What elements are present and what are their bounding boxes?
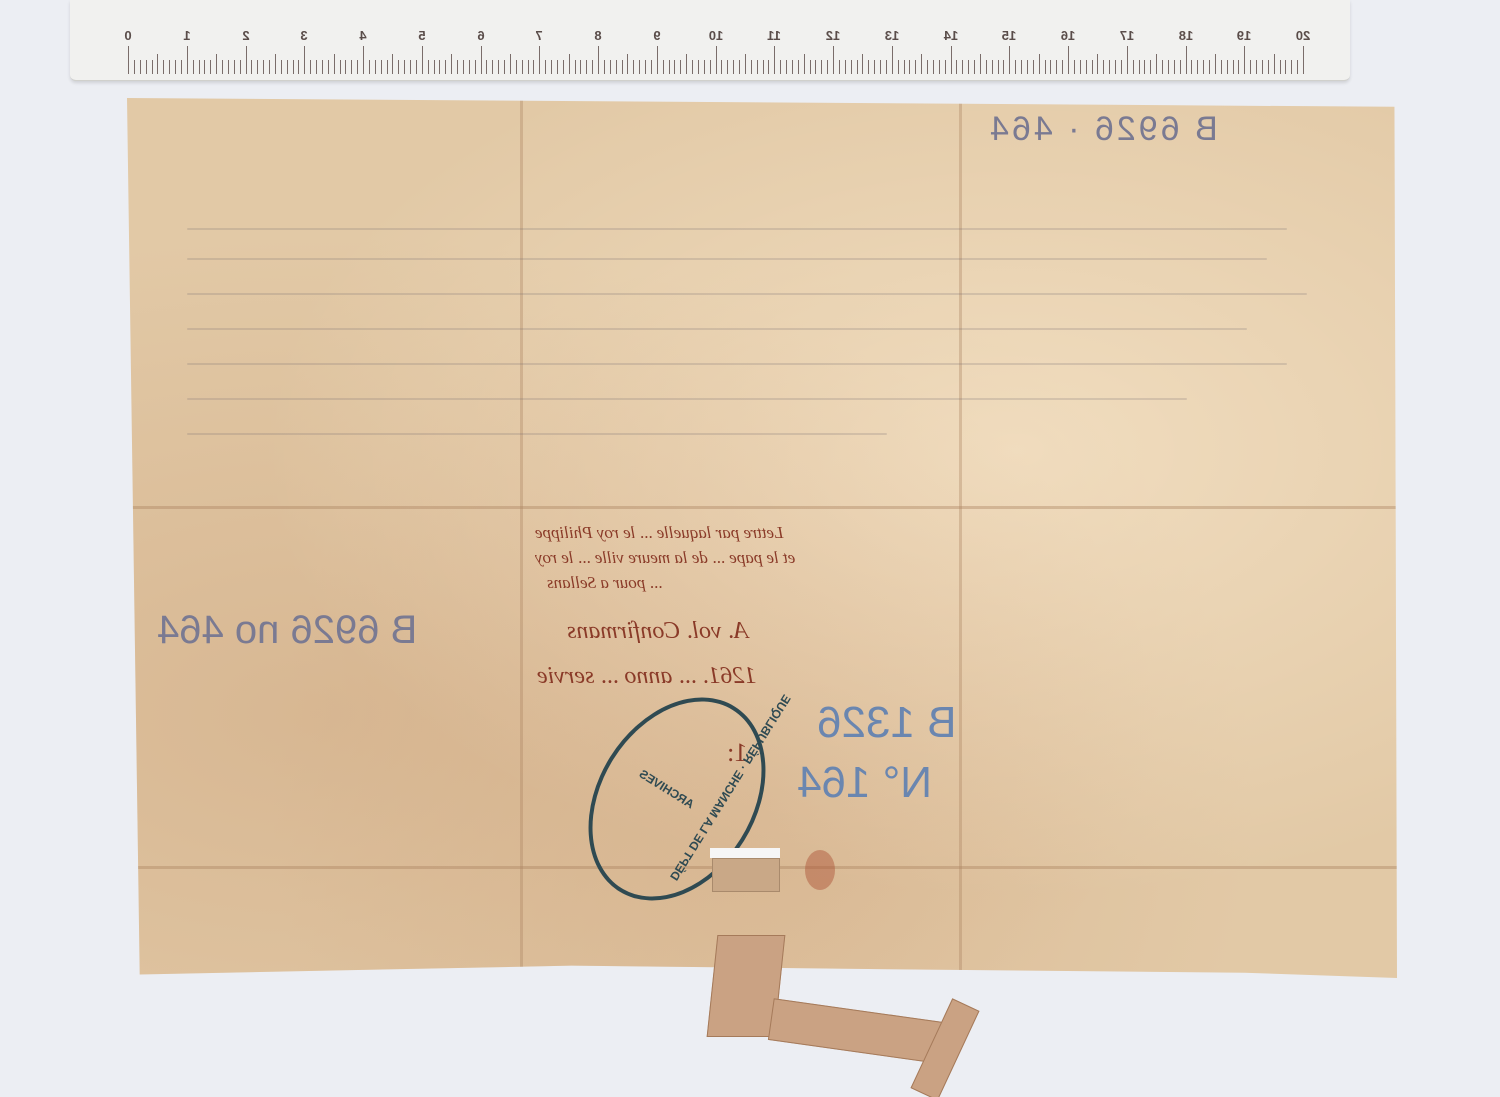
ruler-tick [1227,60,1228,74]
ruler-tick [1097,54,1098,74]
ruler-tick [1238,60,1239,74]
ruler-tick [674,60,675,74]
ruler-tick [322,60,323,74]
ruler-tick [939,60,940,74]
ruler-tick [886,60,887,74]
ruler-tick [586,60,587,74]
ruler-tick [1250,60,1251,74]
ruler-tick [1009,46,1010,74]
ruler-tick [222,60,223,74]
ruler-tick [898,60,899,74]
seal-tag [712,858,780,892]
ruler-tick [739,60,740,74]
ruler-tick [810,60,811,74]
ruler-number: 15 [1002,28,1016,43]
ruler-number: 0 [124,28,131,43]
show-through-text [187,363,1287,365]
ruler-tick [1268,60,1269,74]
ruler-tick [1215,54,1216,74]
ruler-tick [698,60,699,74]
ruler-tick [1033,60,1034,74]
ruler-tick [216,54,217,74]
ruler-tick [1115,60,1116,74]
ruler-tick [463,60,464,74]
ruler-tick [422,46,423,74]
ruler-tick [387,60,388,74]
ruler-tick [204,60,205,74]
ruler-number: 8 [594,28,601,43]
fold-line [127,506,1397,509]
ruler-tick [334,54,335,74]
ruler-tick [404,60,405,74]
ruler-tick [146,60,147,74]
ruler-number: 2 [242,28,249,43]
ruler-tick [904,60,905,74]
ruler-tick [933,60,934,74]
ruler-tick [1297,60,1298,74]
ruler-tick [1203,60,1204,74]
ruler-tick [1156,54,1157,74]
ruler-tick [310,60,311,74]
ruler-number: 10 [708,28,722,43]
fold-line [520,98,523,978]
ruler-tick [798,60,799,74]
ruler-tick [1221,60,1222,74]
ruler-tick [1021,60,1022,74]
ruler-tick [381,60,382,74]
note-line: et le pape ... de la meure ville ... le … [535,548,795,568]
ruler-tick [1056,60,1057,74]
ruler-tick [486,60,487,74]
note-line: ... pour a Sellans [547,573,662,593]
blue-pencil-mark: N° 164 [797,758,932,808]
ruler-tick [1168,60,1169,74]
ruler-tick [792,60,793,74]
ruler-tick [1003,60,1004,74]
ruler-number: 9 [653,28,660,43]
ruler-tick [639,60,640,74]
ruler-tick [745,54,746,74]
ruler-tick [680,60,681,74]
ruler-tick [768,60,769,74]
ruler-tick [1285,60,1286,74]
ruler-tick [651,60,652,74]
ruler-tick [1121,60,1122,74]
ruler-tick [692,60,693,74]
ruler-tick [410,60,411,74]
left-panel-pencil-mark: B 6926 no 464 [157,608,417,653]
ruler-number: 19 [1237,28,1251,43]
ruler-number: 20 [1296,28,1310,43]
ruler-tick [451,54,452,74]
ruler-tick [751,60,752,74]
ruler-tick [627,54,628,74]
ruler-tick [481,46,482,74]
ruler-tick [1186,46,1187,74]
ruler-tick [357,60,358,74]
ruler-tick [1039,54,1040,74]
ruler-tick [616,60,617,74]
ruler-tick [1233,60,1234,74]
ruler-tick [510,54,511,74]
seal-slot [710,848,780,858]
ruler-tick [257,60,258,74]
ruler-tick [287,60,288,74]
ruler-tick [1162,60,1163,74]
ruler-tick [915,60,916,74]
centimeter-ruler: 01234567891011121314151617181920 [70,0,1350,81]
ruler-tick [416,60,417,74]
ruler-tick [1197,60,1198,74]
ruler-tick [140,60,141,74]
ruler-tick [974,60,975,74]
ruler-tick [927,60,928,74]
ruler-tick [445,60,446,74]
ruler-number: 3 [301,28,308,43]
ruler-tick [827,60,828,74]
ruler-tick [363,46,364,74]
ruler-tick [269,60,270,74]
ruler-tick [569,54,570,74]
ruler-tick [128,46,129,74]
ruler-tick [193,60,194,74]
ruler-tick [1015,60,1016,74]
ruler-tick [657,46,658,74]
ruler-tick [980,54,981,74]
ruler-tick [909,60,910,74]
ruler-tick [874,60,875,74]
ruler-tick [163,60,164,74]
show-through-text [187,228,1287,230]
ruler-tick [1045,60,1046,74]
ruler-tick [998,60,999,74]
ruler-tick [439,60,440,74]
ruler-tick [592,60,593,74]
note-line: 1261. ... anno ... servie [537,663,756,690]
ruler-tick [1027,60,1028,74]
ruler-tick [663,60,664,74]
ruler-tick [187,46,188,74]
ruler-tick [857,60,858,74]
ruler-tick [804,54,805,74]
ruler-tick [157,54,158,74]
ruler-tick [1139,60,1140,74]
show-through-text [187,293,1307,295]
blue-pencil-mark: B 1326 [817,698,956,748]
ruler-tick [304,46,305,74]
ruler-tick [263,60,264,74]
ruler-tick [1050,60,1051,74]
ruler-tick [516,60,517,74]
ruler-tick [298,60,299,74]
ruler-tick [780,60,781,74]
ruler-number: 5 [418,28,425,43]
ruler-tick [669,60,670,74]
ruler-tick [175,60,176,74]
ruler-tick [868,60,869,74]
ruler-tick [786,60,787,74]
ruler-tick [951,46,952,74]
ruler-tick [134,60,135,74]
ruler-tick [716,46,717,74]
ruler-tick [328,60,329,74]
ruler-tick [152,60,153,74]
ruler-tick [434,60,435,74]
ruler-tick [533,60,534,74]
ruler-tick [833,46,834,74]
ruler-tick [598,46,599,74]
ruler-tick [1262,60,1263,74]
ruler-tick [1068,46,1069,74]
ruler-tick [633,60,634,74]
ruler-tick [1280,60,1281,74]
ruler-tick [1080,60,1081,74]
ruler-tick [251,60,252,74]
ruler-tick [1092,60,1093,74]
ruler-tick [815,60,816,74]
ruler-tick [169,60,170,74]
ruler-tick [1209,60,1210,74]
ruler-tick [398,60,399,74]
ruler-tick [610,60,611,74]
ruler-tick [721,60,722,74]
note-line: Lettre par laquelle ... le roy Philippe [535,523,784,543]
ruler-tick [210,60,211,74]
ruler-number: 16 [1061,28,1075,43]
wax-stain [805,850,835,890]
ruler-tick [199,60,200,74]
ruler-tick [469,60,470,74]
ruler-tick [316,60,317,74]
ruler-tick [733,60,734,74]
ruler-tick [1291,60,1292,74]
ruler-tick [1180,60,1181,74]
ruler-tick [375,60,376,74]
ruler-tick [234,60,235,74]
ruler-tick [498,60,499,74]
ruler-number: 13 [885,28,899,43]
ruler-tick [845,60,846,74]
ruler-tick [492,60,493,74]
ruler-tick [580,60,581,74]
ruler-tick [1256,60,1257,74]
fold-line [959,98,962,978]
ruler-tick [763,60,764,74]
ruler-tick [862,54,863,74]
ruler-tick [392,54,393,74]
ruler-tick [686,54,687,74]
ruler-tick [604,60,605,74]
ruler-number: 14 [943,28,957,43]
ruler-tick [727,60,728,74]
ruler-number: 7 [536,28,543,43]
ruler-tick [710,60,711,74]
ruler-tick [839,60,840,74]
ruler-tick [563,60,564,74]
seal-strap [768,998,944,1064]
ruler-tick [504,60,505,74]
ruler-tick [539,46,540,74]
ruler-tick [880,60,881,74]
ruler-tick [956,60,957,74]
ruler-number: 1 [183,28,190,43]
ruler-number: 6 [477,28,484,43]
ruler-tick [1191,60,1192,74]
ruler-tick [1133,60,1134,74]
ruler-tick [240,60,241,74]
note-line: A. vol. Confirmans [567,618,748,645]
ruler-tick [545,60,546,74]
ruler-tick [1303,46,1304,74]
stamp-inner-text: ARCHIVES [637,767,697,812]
ruler-tick [1074,60,1075,74]
show-through-text [187,328,1247,330]
top-right-pencil-mark: B 6926 · 464 [987,110,1218,149]
ruler-tick [475,60,476,74]
ruler-tick [821,60,822,74]
ruler-tick [275,54,276,74]
ruler-tick [645,60,646,74]
ruler-tick [1150,60,1151,74]
ruler-tick [892,46,893,74]
parchment-document: B 6926 · 464 B 6926 no 464 Lettre par la… [127,98,1397,978]
ruler-tick [522,60,523,74]
ruler-tick [774,46,775,74]
ruler-tick [1127,46,1128,74]
ruler-tick [246,46,247,74]
ruler-tick [1086,60,1087,74]
ruler-tick [293,60,294,74]
ruler-tick [428,60,429,74]
ruler-tick [986,60,987,74]
ruler-tick [351,60,352,74]
ruler-tick [457,60,458,74]
ruler-tick [962,60,963,74]
ruler-tick [181,60,182,74]
ruler-tick [557,60,558,74]
ruler-number: 11 [767,28,781,43]
ruler-tick [921,54,922,74]
ruler-number: 18 [1178,28,1192,43]
ruler-tick [340,60,341,74]
show-through-text [187,258,1267,260]
ruler-number: 12 [826,28,840,43]
ruler-tick [575,60,576,74]
ruler-number: 17 [1120,28,1134,43]
ruler-tick [1062,60,1063,74]
ruler-tick [704,60,705,74]
ruler-number: 4 [359,28,366,43]
show-through-text [187,398,1187,400]
ruler-tick [851,60,852,74]
ruler-tick [551,60,552,74]
ruler-tick [945,60,946,74]
ruler-tick [1144,60,1145,74]
ruler-tick [1274,54,1275,74]
ruler-tick [968,60,969,74]
ruler-tick [757,60,758,74]
show-through-text [187,433,887,435]
ruler-tick [992,60,993,74]
ruler-tick [1244,46,1245,74]
ruler-tick [228,60,229,74]
ruler-tick [1174,60,1175,74]
ruler-tick [345,60,346,74]
ruler-tick [622,60,623,74]
ruler-tick [281,60,282,74]
ruler-tick [369,60,370,74]
ruler-tick [528,60,529,74]
ruler-tick [1103,60,1104,74]
ruler-tick [1109,60,1110,74]
